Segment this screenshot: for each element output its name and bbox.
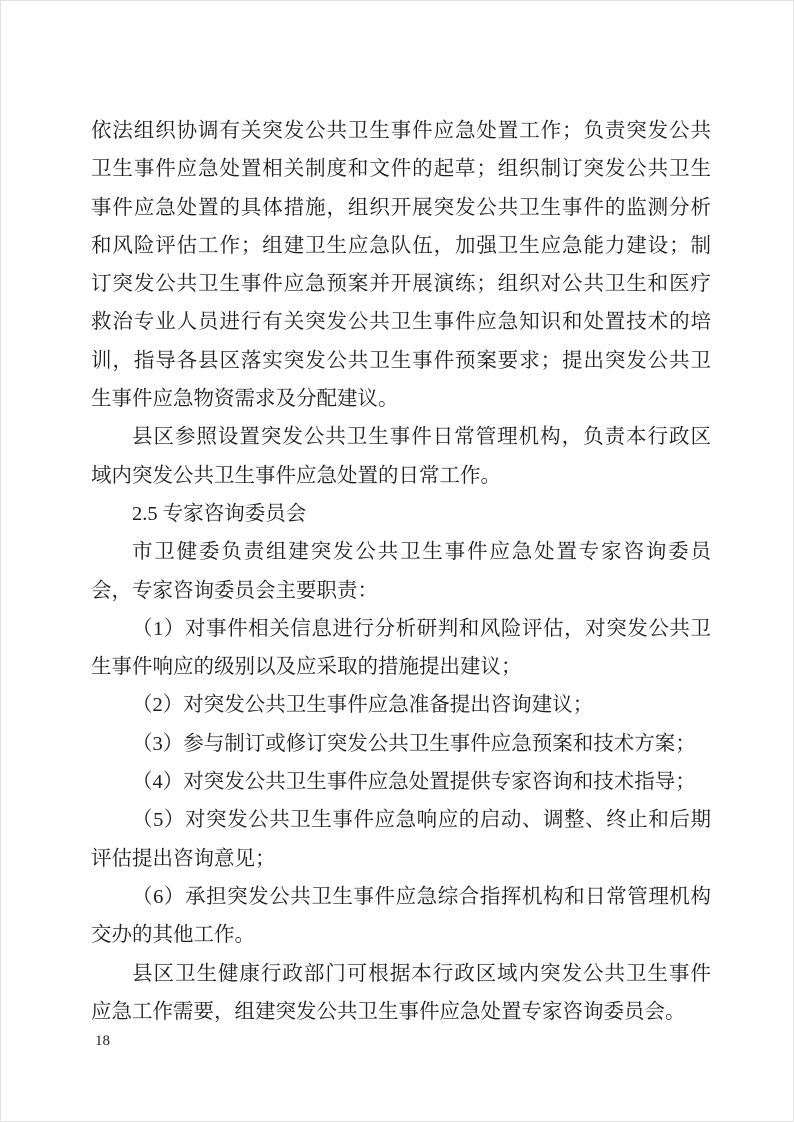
body-text-line: 市卫健委负责组建突发公共卫生事件应急处置专家咨询委员 bbox=[91, 533, 711, 571]
list-item-1-line: 生事件响应的级别以及应采取的措施提出建议； bbox=[91, 648, 711, 686]
body-text-line: 和风险评估工作；组建卫生应急队伍，加强卫生应急能力建设；制 bbox=[91, 227, 711, 265]
body-text-line: 县区卫生健康行政部门可根据本行政区域内突发公共卫生事件 bbox=[91, 955, 711, 993]
body-text-line: 应急工作需要，组建突发公共卫生事件应急处置专家咨询委员会。 bbox=[91, 993, 711, 1031]
body-text-line: 训，指导各县区落实突发公共卫生事件预案要求；提出突发公共卫 bbox=[91, 342, 711, 380]
section-heading-2-5: 2.5 专家咨询委员会 bbox=[91, 495, 711, 533]
list-item-2-line: （2）对突发公共卫生事件应急准备提出咨询建议； bbox=[91, 686, 711, 724]
body-text-line: 卫生事件应急处置相关制度和文件的起草；组织制订突发公共卫生 bbox=[91, 150, 711, 188]
body-text-line: 事件应急处置的具体措施，组织开展突发公共卫生事件的监测分析 bbox=[91, 189, 711, 227]
list-item-5-line: 评估提出咨询意见； bbox=[91, 840, 711, 878]
list-item-3-line: （3）参与制订或修订突发公共卫生事件应急预案和技术方案； bbox=[91, 725, 711, 763]
body-text-line: 域内突发公共卫生事件应急处置的日常工作。 bbox=[91, 457, 711, 495]
list-item-4-line: （4）对突发公共卫生事件应急处置提供专家咨询和技术指导； bbox=[91, 763, 711, 801]
body-text-column: 依法组织协调有关突发公共卫生事件应急处置工作；负责突发公共 卫生事件应急处置相关… bbox=[91, 112, 711, 1031]
list-item-6-line: 交办的其他工作。 bbox=[91, 916, 711, 954]
list-item-6-line: （6）承担突发公共卫生事件应急综合指挥机构和日常管理机构 bbox=[91, 878, 711, 916]
body-text-line: 会，专家咨询委员会主要职责： bbox=[91, 572, 711, 610]
page-number: 18 bbox=[95, 1031, 110, 1051]
body-text-line: 县区参照设置突发公共卫生事件日常管理机构，负责本行政区 bbox=[91, 418, 711, 456]
list-item-1-line: （1）对事件相关信息进行分析研判和风险评估，对突发公共卫 bbox=[91, 610, 711, 648]
list-item-5-line: （5）对突发公共卫生事件应急响应的启动、调整、终止和后期 bbox=[91, 801, 711, 839]
body-text-line: 依法组织协调有关突发公共卫生事件应急处置工作；负责突发公共 bbox=[91, 112, 711, 150]
document-page: 依法组织协调有关突发公共卫生事件应急处置工作；负责突发公共 卫生事件应急处置相关… bbox=[0, 0, 794, 1122]
body-text-line: 订突发公共卫生事件应急预案并开展演练；组织对公共卫生和医疗 bbox=[91, 265, 711, 303]
body-text-line: 生事件应急物资需求及分配建议。 bbox=[91, 380, 711, 418]
body-text-line: 救治专业人员进行有关突发公共卫生事件应急知识和处置技术的培 bbox=[91, 303, 711, 341]
